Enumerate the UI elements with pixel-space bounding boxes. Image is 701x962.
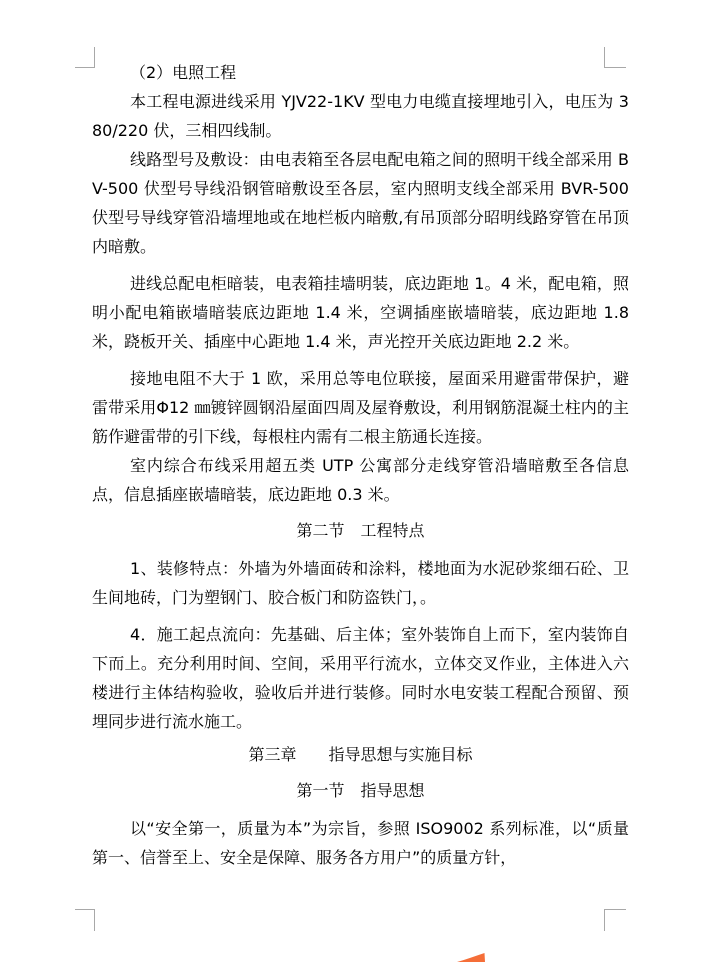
paragraph: 本工程电源进线采用 YJV22-1KV 型电力电缆直接埋地引入，电压为 380/… [92,87,629,145]
section-heading: 第二节 工程特点 [92,516,629,545]
crop-mark-bottom-left-icon [75,909,95,931]
paragraph: 以“安全第一，质量为本”为宗旨，参照 ISO9002 系列标准，以“质量第一、信… [92,814,629,872]
paragraph-item-heading: （2）电照工程 [92,58,629,87]
logo-swoosh-icon [457,953,485,962]
paragraph: 线路型号及敷设：由电表箱至各层电配电箱之间的照明干线全部采用 BV-500 伏型… [92,145,629,261]
crop-mark-bottom-right-icon [604,909,626,931]
document-body: （2）电照工程 本工程电源进线采用 YJV22-1KV 型电力电缆直接埋地引入，… [92,58,629,872]
document-page: （2）电照工程 本工程电源进线采用 YJV22-1KV 型电力电缆直接埋地引入，… [0,0,701,962]
section-heading: 第一节 指导思想 [92,776,629,805]
chapter-heading: 第三章 指导思想与实施目标 [92,740,629,769]
paragraph: 室内综合布线采用超五类 UTP 公寓部分走线穿管沿墙暗敷至各信息点，信息插座嵌墙… [92,451,629,509]
paragraph: 进线总配电柜暗装，电表箱挂墙明装，底边距地 1。4 米，配电箱，照明小配电箱嵌墙… [92,269,629,356]
paragraph: 4．施工起点流向：先基础、后主体；室外装饰自上而下，室内装饰自下而上。充分利用时… [92,620,629,736]
paragraph: 接地电阻不大于 1 欧，采用总等电位联接，屋面采用避雷带保护，避雷带采用Φ12 … [92,364,629,451]
paragraph: 1、装修特点：外墙为外墙面砖和涂料，楼地面为水泥砂浆细石砼、卫生间地砖，门为塑钢… [92,554,629,612]
